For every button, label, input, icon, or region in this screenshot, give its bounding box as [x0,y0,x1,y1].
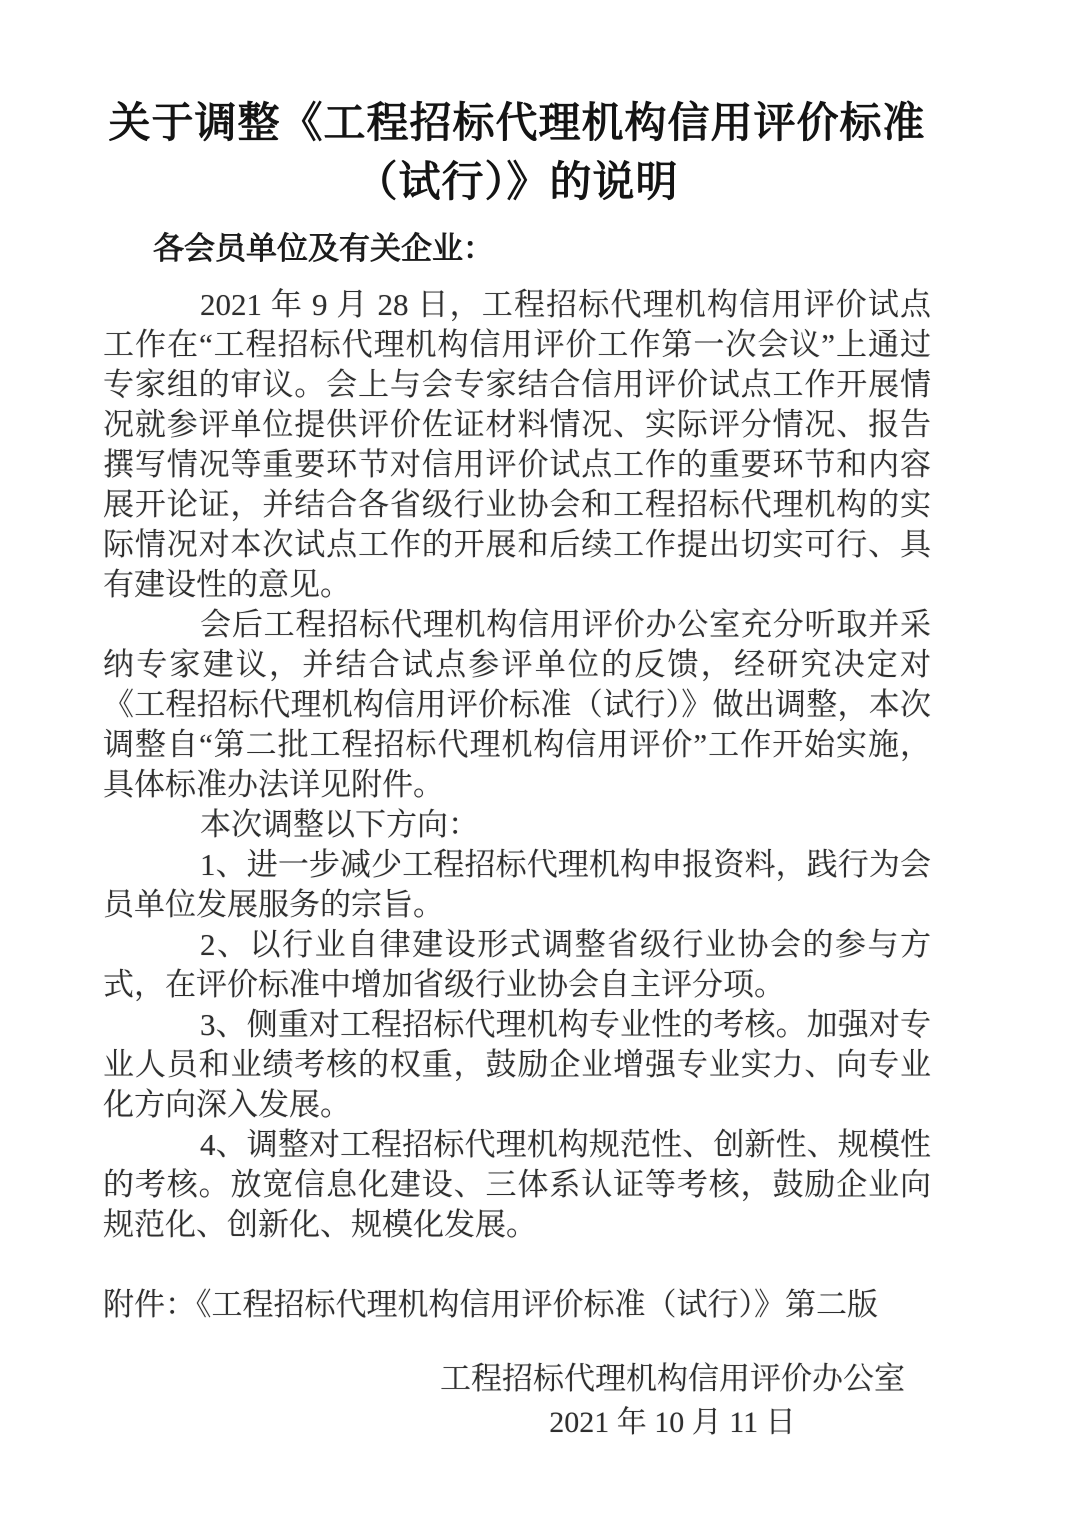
document-page: 关于调整《工程招标代理机构信用评价标准 （试行）》的说明 各会员单位及有关企业：… [0,0,1080,1527]
document-content: 关于调整《工程招标代理机构信用评价标准 （试行）》的说明 各会员单位及有关企业：… [103,95,931,1443]
attachment-line: 附件：《工程招标代理机构信用评价标准（试行）》第二版 [103,1285,931,1325]
signature-office: 工程招标代理机构信用评价办公室 [440,1359,905,1399]
list-item-3: 3、侧重对工程招标代理机构专业性的考核。加强对专业人员和业绩考核的权重，鼓励企业… [103,1005,931,1125]
list-item-1: 1、进一步减少工程招标代理机构申报资料，践行为会员单位发展服务的宗旨。 [103,845,931,925]
paragraph-directions-heading: 本次调整以下方向： [103,805,931,845]
paragraph-decision: 会后工程招标代理机构信用评价办公室充分听取并采纳专家建议，并结合试点参评单位的反… [103,605,931,805]
signature-date: 2021 年 10 月 11 日 [440,1403,905,1443]
list-item-2: 2、以行业自律建设形式调整省级行业协会的参与方式，在评价标准中增加省级行业协会自… [103,925,931,1005]
title-line-1: 关于调整《工程招标代理机构信用评价标准 [103,95,931,154]
salutation: 各会员单位及有关企业： [153,229,931,269]
document-title: 关于调整《工程招标代理机构信用评价标准 （试行）》的说明 [103,95,931,213]
paragraph-intro: 2021 年 9 月 28 日，工程招标代理机构信用评价试点工作在“工程招标代理… [103,285,931,605]
signature-block: 工程招标代理机构信用评价办公室 2021 年 10 月 11 日 [440,1359,905,1443]
list-item-4: 4、调整对工程招标代理机构规范性、创新性、规模性的考核。放宽信息化建设、三体系认… [103,1125,931,1245]
title-line-2: （试行）》的说明 [103,154,931,213]
